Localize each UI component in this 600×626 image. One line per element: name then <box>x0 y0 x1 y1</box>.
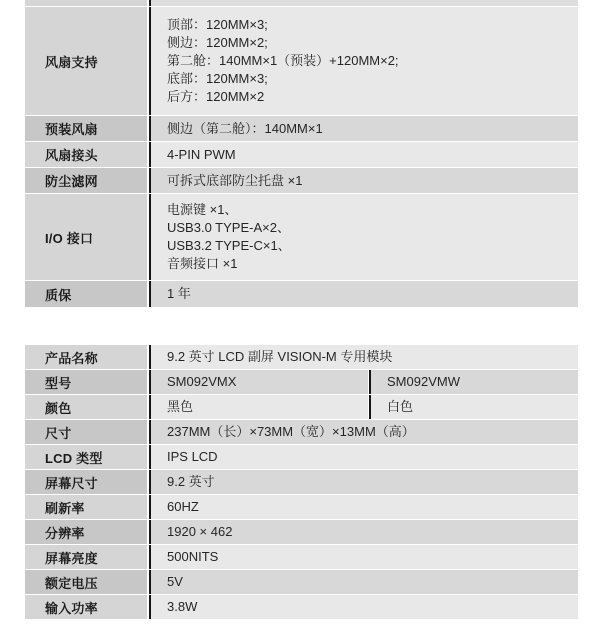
spec-label: 质保 <box>25 281 147 307</box>
value-line: USB3.2 TYPE-C×1、 <box>167 237 578 255</box>
spec-label: 额定电压 <box>25 570 147 594</box>
spec-row-fan-connector: 风扇接头 4-PIN PWM <box>25 142 578 168</box>
spec-value-color-black: 黑色 <box>151 395 368 419</box>
spec-label: 分辨率 <box>25 520 147 544</box>
spec-label: 刷新率 <box>25 495 147 519</box>
spec-value: 电源键 ×1、 USB3.0 TYPE-A×2、 USB3.2 TYPE-C×1… <box>151 194 578 280</box>
value-line: 9.2 英寸 <box>167 473 578 491</box>
spec-row-refresh-rate: 刷新率 60HZ <box>25 495 578 520</box>
spec-label: 防尘滤网 <box>25 168 147 193</box>
value-line: 60HZ <box>167 498 578 516</box>
split-value-cells: SM092VMX SM092VMW <box>151 370 578 394</box>
spec-value: 5V <box>151 570 578 594</box>
value-line: USB3.0 TYPE-A×2、 <box>167 219 578 237</box>
spec-value: 500NITS <box>151 545 578 569</box>
spec-label: 产品名称 <box>25 345 147 369</box>
value-line: 237MM（长）×73MM（宽）×13MM（高） <box>167 423 578 441</box>
spec-row-warranty: 质保 1 年 <box>25 281 578 308</box>
value-line: 侧边（第二舱）：140MM×1 <box>167 120 578 138</box>
value-line: 5V <box>167 573 578 591</box>
value-line: 可拆式底部防尘托盘 ×1 <box>167 172 578 190</box>
spec-label: I/O 接口 <box>25 194 147 280</box>
spec-row-model: 型号 SM092VMX SM092VMW <box>25 370 578 395</box>
table-gap <box>0 308 600 345</box>
spec-value: IPS LCD <box>151 445 578 469</box>
spec-label: 屏幕尺寸 <box>25 470 147 494</box>
value-line: 底部：120MM×3; <box>167 70 578 88</box>
spec-row-dimensions: 尺寸 237MM（长）×73MM（宽）×13MM（高） <box>25 420 578 445</box>
spec-sheet-page: 风扇支持 顶部：120MM×3; 侧边：120MM×2; 第二舱：140MM×1… <box>0 0 600 626</box>
spec-row-io-ports: I/O 接口 电源键 ×1、 USB3.0 TYPE-A×2、 USB3.2 T… <box>25 194 578 281</box>
value-line: 3.8W <box>167 598 578 616</box>
spec-row-color: 颜色 黑色 白色 <box>25 395 578 420</box>
spec-value: 可拆式底部防尘托盘 ×1 <box>151 168 578 193</box>
value-line: SM092VMW <box>387 373 578 391</box>
spec-value: 侧边（第二舱）：140MM×1 <box>151 116 578 141</box>
value-line: 第二舱：140MM×1（预装）+120MM×2; <box>167 52 578 70</box>
spec-row-preinstalled-fan: 预装风扇 侧边（第二舱）：140MM×1 <box>25 116 578 142</box>
screen-spec-table: 产品名称 9.2 英寸 LCD 副屏 VISION-M 专用模块 型号 SM09… <box>25 345 578 620</box>
spec-value: 3.8W <box>151 595 578 619</box>
spec-row-rated-voltage: 额定电压 5V <box>25 570 578 595</box>
value-line: 后方：120MM×2 <box>167 88 578 106</box>
spec-label: 风扇支持 <box>25 7 147 115</box>
spec-label: 型号 <box>25 370 147 394</box>
spec-row-screen-size: 屏幕尺寸 9.2 英寸 <box>25 470 578 495</box>
spec-value-color-white: 白色 <box>371 395 578 419</box>
spec-label: 屏幕亮度 <box>25 545 147 569</box>
spec-value: 1 年 <box>151 281 578 307</box>
spec-label: 颜色 <box>25 395 147 419</box>
spec-value: 1920 × 462 <box>151 520 578 544</box>
case-spec-table: 风扇支持 顶部：120MM×3; 侧边：120MM×2; 第二舱：140MM×1… <box>25 0 578 308</box>
value-line: 黑色 <box>167 398 368 416</box>
value-line: 500NITS <box>167 548 578 566</box>
spec-value: 237MM（长）×73MM（宽）×13MM（高） <box>151 420 578 444</box>
value-line: 白色 <box>387 398 578 416</box>
spec-value-black-model: SM092VMX <box>151 370 368 394</box>
value-line: 4-PIN PWM <box>167 146 578 164</box>
value-line: 1 年 <box>167 285 578 303</box>
spec-label: 尺寸 <box>25 420 147 444</box>
spec-row-fan-support: 风扇支持 顶部：120MM×3; 侧边：120MM×2; 第二舱：140MM×1… <box>25 7 578 116</box>
spec-value: 4-PIN PWM <box>151 142 578 167</box>
spec-label: 输入功率 <box>25 595 147 619</box>
value-line: 1920 × 462 <box>167 523 578 541</box>
spec-row-brightness: 屏幕亮度 500NITS <box>25 545 578 570</box>
split-value-cells: 黑色 白色 <box>151 395 578 419</box>
cropped-row-top <box>25 0 578 7</box>
spec-row-lcd-type: LCD 类型 IPS LCD <box>25 445 578 470</box>
value-line: 电源键 ×1、 <box>167 201 578 219</box>
value-line: 9.2 英寸 LCD 副屏 VISION-M 专用模块 <box>167 348 578 366</box>
spec-label: 风扇接头 <box>25 142 147 167</box>
value-line: 顶部：120MM×3; <box>167 16 578 34</box>
spec-value: 9.2 英寸 <box>151 470 578 494</box>
spec-label: LCD 类型 <box>25 445 147 469</box>
value-line: IPS LCD <box>167 448 578 466</box>
spec-value <box>151 0 578 6</box>
spec-label: 预装风扇 <box>25 116 147 141</box>
spec-row-resolution: 分辨率 1920 × 462 <box>25 520 578 545</box>
spec-value: 顶部：120MM×3; 侧边：120MM×2; 第二舱：140MM×1（预装）+… <box>151 7 578 115</box>
spec-row-product-name: 产品名称 9.2 英寸 LCD 副屏 VISION-M 专用模块 <box>25 345 578 370</box>
spec-value: 9.2 英寸 LCD 副屏 VISION-M 专用模块 <box>151 345 578 369</box>
value-line: SM092VMX <box>167 373 368 391</box>
spec-value: 60HZ <box>151 495 578 519</box>
spec-row-dust-filter: 防尘滤网 可拆式底部防尘托盘 ×1 <box>25 168 578 194</box>
spec-label <box>25 0 147 6</box>
spec-value-white-model: SM092VMW <box>371 370 578 394</box>
value-line: 侧边：120MM×2; <box>167 34 578 52</box>
spec-row-input-power: 输入功率 3.8W <box>25 595 578 620</box>
value-line: 音频接口 ×1 <box>167 255 578 273</box>
